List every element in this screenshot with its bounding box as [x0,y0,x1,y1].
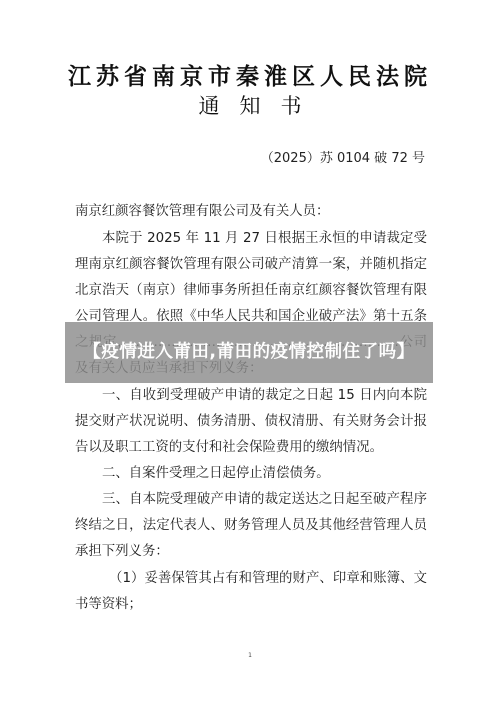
body-line: 北京浩天（南京）律师事务所担任南京红颜容餐饮管理有限 [75,282,427,300]
document-number: （2025）苏 0104 破 72 号 [261,150,425,168]
body-line: 提交财产状况说明、债务清册、债权清册、有关财务会计报 [75,413,427,431]
body-line: 承担下列义务： [75,543,427,561]
addressee-line: 南京红颜容餐饮管理有限公司及有关人员： [75,203,427,221]
headline-overlay-banner: 【疫情进入莆田,莆田的疫情控制住了吗】 [65,322,433,383]
document-type-heading: 通知书 [0,92,500,120]
body-line: 书等资料； [75,596,427,614]
body-line: 终结之日，法定代表人、财务管理人员及其他经营管理人员 [75,517,427,535]
headline-overlay-text: 【疫情进入莆田,莆田的疫情控制住了吗】 [74,342,424,363]
body-line: 二、自案件受理之日起停止清偿债务。 [75,465,427,483]
body-line: 告以及职工工资的支付和社会保险费用的缴纳情况。 [75,439,427,457]
court-name-heading: 江苏省南京市秦淮区人民法院 [0,62,500,92]
body-line: 三、自本院受理破产申请的裁定送达之日起至破产程序 [75,491,427,509]
body-line: 一、自收到受理破产申请的裁定之日起 15 日内向本院 [75,387,427,405]
body-line: 本院于 2025 年 11 月 27 日根据王永恒的申请裁定受 [75,230,427,248]
body-line: 理南京红颜容餐饮管理有限公司破产清算一案，并随机指定 [75,256,427,274]
body-line: （1）妥善保管其占有和管理的财产、印章和账簿、文 [75,570,427,588]
document-page: 江苏省南京市秦淮区人民法院 通知书 （2025）苏 0104 破 72 号 南京… [0,0,500,706]
page-number: 1 [0,652,500,659]
